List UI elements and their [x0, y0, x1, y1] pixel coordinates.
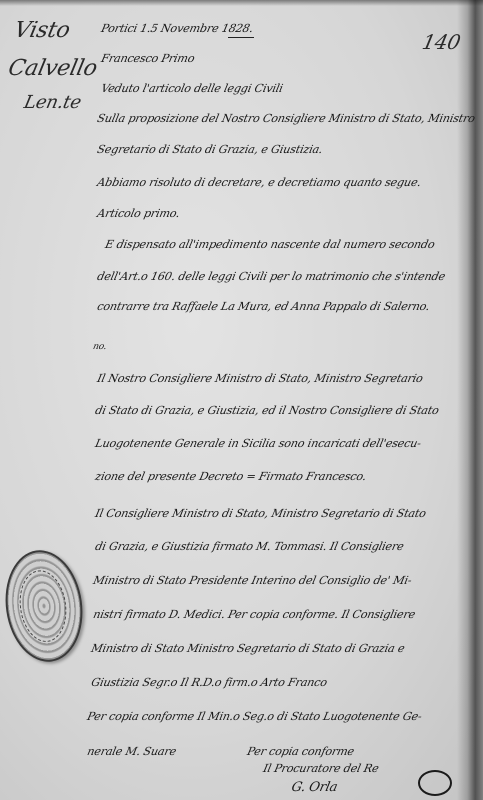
margin-note-line-1: Visto	[12, 18, 72, 43]
body-line: Abbiamo risoluto di decretare, e decreti…	[96, 176, 422, 189]
body-line: no.	[92, 342, 107, 352]
body-line: di Stato di Grazia, e Giustizia, ed il N…	[94, 404, 440, 417]
body-line: Luogotenente Generale in Sicilia sono in…	[94, 437, 422, 450]
body-line: Giustizia Segr.o Il R.D.o firm.o Arto Fr…	[90, 676, 328, 689]
seal-inner-ring	[15, 567, 71, 645]
body-line: Il Consigliere Ministro di Stato, Minist…	[94, 507, 427, 520]
body-line: di Grazia, e Giustizia firmato M. Tommas…	[94, 540, 405, 553]
body-line: Ministro di Stato Presidente Interino de…	[92, 574, 413, 587]
body-line: E dispensato all'impedimento nascente da…	[104, 238, 436, 251]
body-line: Articolo primo.	[96, 207, 181, 220]
place-date: Portici 1.5 Novembre 1828.	[100, 22, 254, 35]
header-signatory: Francesco Primo	[100, 52, 196, 65]
signature: G. Orla	[290, 780, 339, 795]
body-line: zione del presente Decreto = Firmato Fra…	[94, 470, 368, 483]
ink-seal	[0, 545, 89, 666]
body-line: Segretario di Stato di Grazia, e Giustiz…	[96, 143, 324, 156]
body-line: Ministro di Stato Ministro Segretario di…	[90, 642, 406, 655]
official-title: Il Procuratore del Re	[262, 762, 380, 775]
body-line: dell'Art.o 160. delle leggi Civili per l…	[96, 270, 446, 283]
body-line: Sulla proposizione del Nostro Consiglier…	[96, 112, 476, 125]
margin-note-line-2: Calvello	[6, 56, 99, 81]
signature-flourish	[418, 770, 452, 796]
body-line: Per copia conforme Il Min.o Seg.o di Sta…	[86, 710, 423, 723]
folio-number: 140	[420, 30, 463, 54]
body-line: Il Nostro Consigliere Ministro di Stato,…	[96, 372, 424, 385]
body-line: Veduto l'articolo delle leggi Civili	[100, 82, 284, 95]
body-line: contrarre tra Raffaele La Mura, ed Anna …	[96, 300, 431, 313]
certification-text: Per copia conforme	[246, 745, 355, 758]
date-underline	[228, 37, 254, 38]
margin-note-line-3: Len.te	[22, 92, 83, 113]
manuscript-page: Visto Calvello Len.te 140 Portici 1.5 No…	[0, 0, 483, 800]
body-line: nistri firmato D. Medici. Per copia conf…	[92, 608, 416, 621]
page-top-edge-shadow	[0, 0, 483, 6]
body-line: nerale M. Suare	[86, 745, 177, 758]
